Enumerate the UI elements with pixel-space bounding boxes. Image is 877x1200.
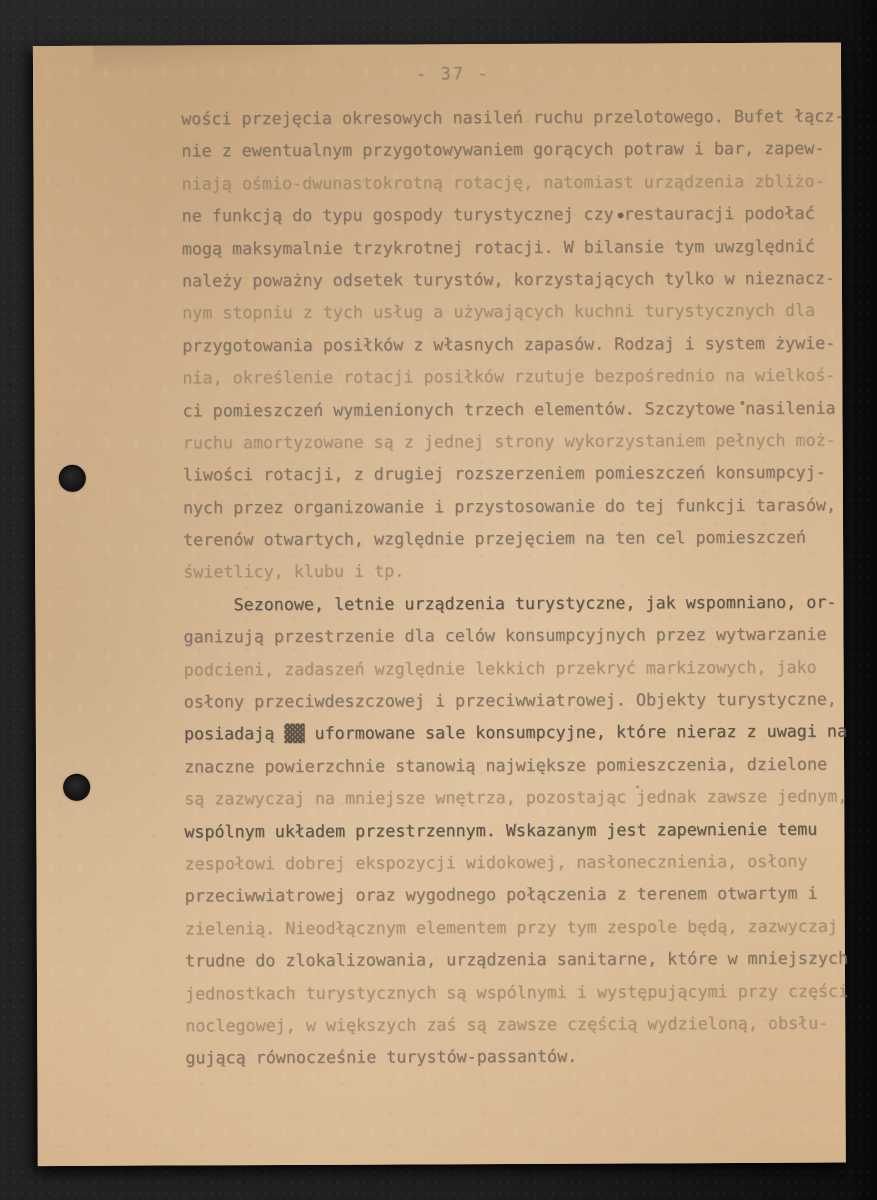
text-line: trudne do zlokalizowania, urządzenia san… (185, 942, 845, 977)
text-line: wspólnym układem przestrzennym. Wskazany… (184, 812, 844, 847)
text-line: są zazwyczaj na mniejsze wnętrza, pozost… (184, 780, 844, 815)
stain-speck (636, 785, 639, 788)
stain-speck (740, 401, 744, 405)
text-line: ganizują przestrzenie dla celów konsumpc… (183, 618, 843, 653)
text-line: nie z ewentualnym przygotowywaniem gorąc… (181, 132, 841, 167)
text-line: wości przejęcia okresowych nasileń ruchu… (181, 100, 841, 135)
text-line: świetlicy, klubu i tp. (183, 553, 843, 588)
text-line: noclegowej, w większych zaś są zawsze cz… (185, 1006, 845, 1041)
text-line: nym stopniu z tych usług a używających k… (182, 294, 842, 329)
text-line: należy poważny odsetek turystów, korzyst… (182, 262, 842, 297)
text-line: ruchu amortyzowane są z jednej strony wy… (183, 423, 843, 458)
text-line: nia, określenie rotacji posiłków rzutuje… (182, 359, 842, 394)
punch-hole-top (59, 465, 86, 492)
text-line: terenów otwartych, względnie przejęciem … (183, 521, 843, 556)
stain-speck (618, 213, 624, 219)
text-line: podcieni, zadaszeń względnie lekkich prz… (184, 650, 844, 685)
text-line: Sezonowe, letnie urządzenia turystyczne,… (183, 585, 843, 620)
text-line: ci pomieszczeń wymienionych trzech eleme… (182, 391, 842, 426)
text-line: nych przez organizowanie i przystosowani… (183, 488, 843, 523)
text-line: gującą równocześnie turystów-passantów. (185, 1039, 845, 1074)
text-line: mogą maksymalnie trzykrotnej rotacji. W … (182, 229, 842, 264)
document-page: - 37 - wości przejęcia okresowych nasile… (33, 43, 846, 1167)
paper-crease (93, 45, 313, 72)
text-line: jednostkach turystycznych są wspólnymi i… (185, 974, 845, 1009)
text-line: posiadają ▓▓ uformowane sale konsumpcyjn… (184, 715, 844, 750)
text-line: przeciwwiatrowej oraz wygodnego połączen… (185, 877, 845, 912)
text-line: znaczne powierzchnie stanowią największe… (184, 747, 844, 782)
text-line: zespołowi dobrej ekspozycji widokowej, n… (184, 845, 844, 880)
punch-hole-bottom (63, 774, 90, 801)
page-number: - 37 - (416, 64, 490, 84)
text-block: wości przejęcia okresowych nasileń ruchu… (181, 100, 845, 1075)
text-line: niają ośmio-dwunastokrotną rotację, nato… (181, 164, 841, 199)
text-line: liwości rotacji, z drugiej rozszerzeniem… (183, 456, 843, 491)
text-line: osłony przeciwdeszczowej i przeciwwiatro… (184, 683, 844, 718)
text-line: zielenią. Nieodłącznym elementem przy ty… (185, 909, 845, 944)
text-line: przygotowania posiłków z własnych zapasó… (182, 326, 842, 361)
scan-background: { "document": { "page_number": "- 37 -",… (0, 0, 877, 1200)
text-line: ne funkcją do typu gospody turystycznej … (182, 197, 842, 232)
